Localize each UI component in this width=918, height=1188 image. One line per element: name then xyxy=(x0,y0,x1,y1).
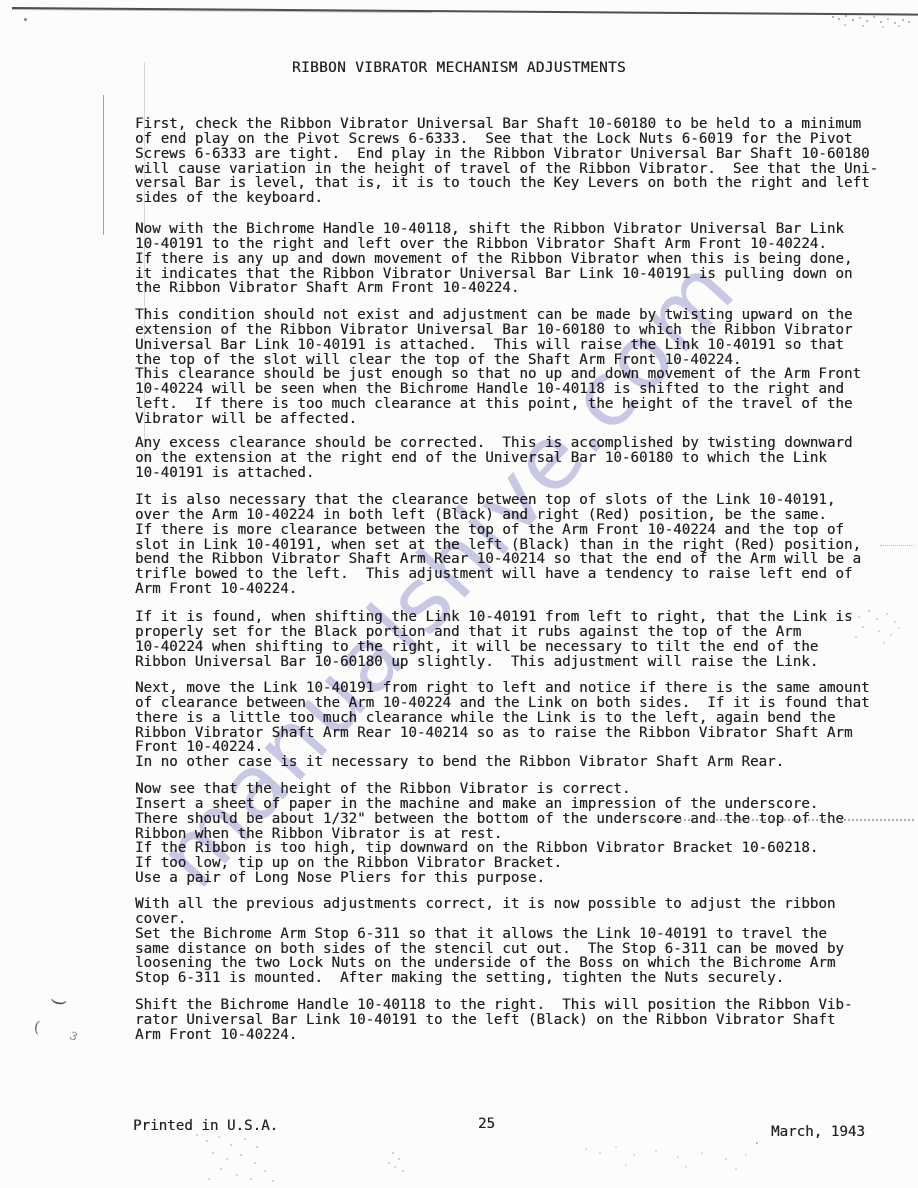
scanned-manual-page: RIBBON VIBRATOR MECHANISM ADJUSTMENTS Fi… xyxy=(0,0,918,1188)
paragraph-2: Now with the Bichrome Handle 10-40118, s… xyxy=(135,222,895,296)
margin-mark: 3 xyxy=(68,1029,79,1044)
paragraph-3: This condition should not exist and adju… xyxy=(135,308,895,427)
footer-page-number: 25 xyxy=(478,1116,495,1132)
scan-artifact-dot xyxy=(24,18,27,21)
paragraph-6: If it is found, when shifting the Link 1… xyxy=(135,610,895,669)
paragraph-10: Shift the Bichrome Handle 10-40118 to th… xyxy=(135,998,895,1043)
margin-mark: ) xyxy=(48,997,69,1007)
scan-artifact-speckle xyxy=(392,1152,394,1154)
paragraph-7: Next, move the Link 10-40191 from right … xyxy=(135,681,895,770)
paragraph-9: With all the previous adjustments correc… xyxy=(135,897,895,986)
paragraph-5: It is also necessary that the clearance … xyxy=(135,493,895,597)
margin-mark: ( xyxy=(33,1018,41,1037)
footer-printed-in-usa: Printed in U.S.A. xyxy=(133,1118,278,1134)
paragraph-4: Any excess clearance should be corrected… xyxy=(135,436,895,481)
paragraph-8: Now see that the height of the Ribbon Vi… xyxy=(135,782,895,886)
scan-artifact-speckle xyxy=(196,1134,198,1136)
scan-artifact-speckle xyxy=(756,1142,758,1144)
footer-date: March, 1943 xyxy=(771,1124,865,1140)
scan-artifact-speckle xyxy=(850,612,852,614)
scan-artifact-dotted-line xyxy=(880,545,914,546)
scan-artifact-vertical-line xyxy=(103,95,104,235)
page-title: RIBBON VIBRATOR MECHANISM ADJUSTMENTS xyxy=(0,60,918,76)
paragraph-1: First, check the Ribbon Vibrator Univers… xyxy=(135,117,895,206)
scan-artifact-speckle xyxy=(832,16,834,18)
scan-artifact-dotted-line xyxy=(640,819,914,821)
scan-artifact-top-line xyxy=(12,7,918,16)
scan-artifact-speckle xyxy=(585,1148,587,1150)
